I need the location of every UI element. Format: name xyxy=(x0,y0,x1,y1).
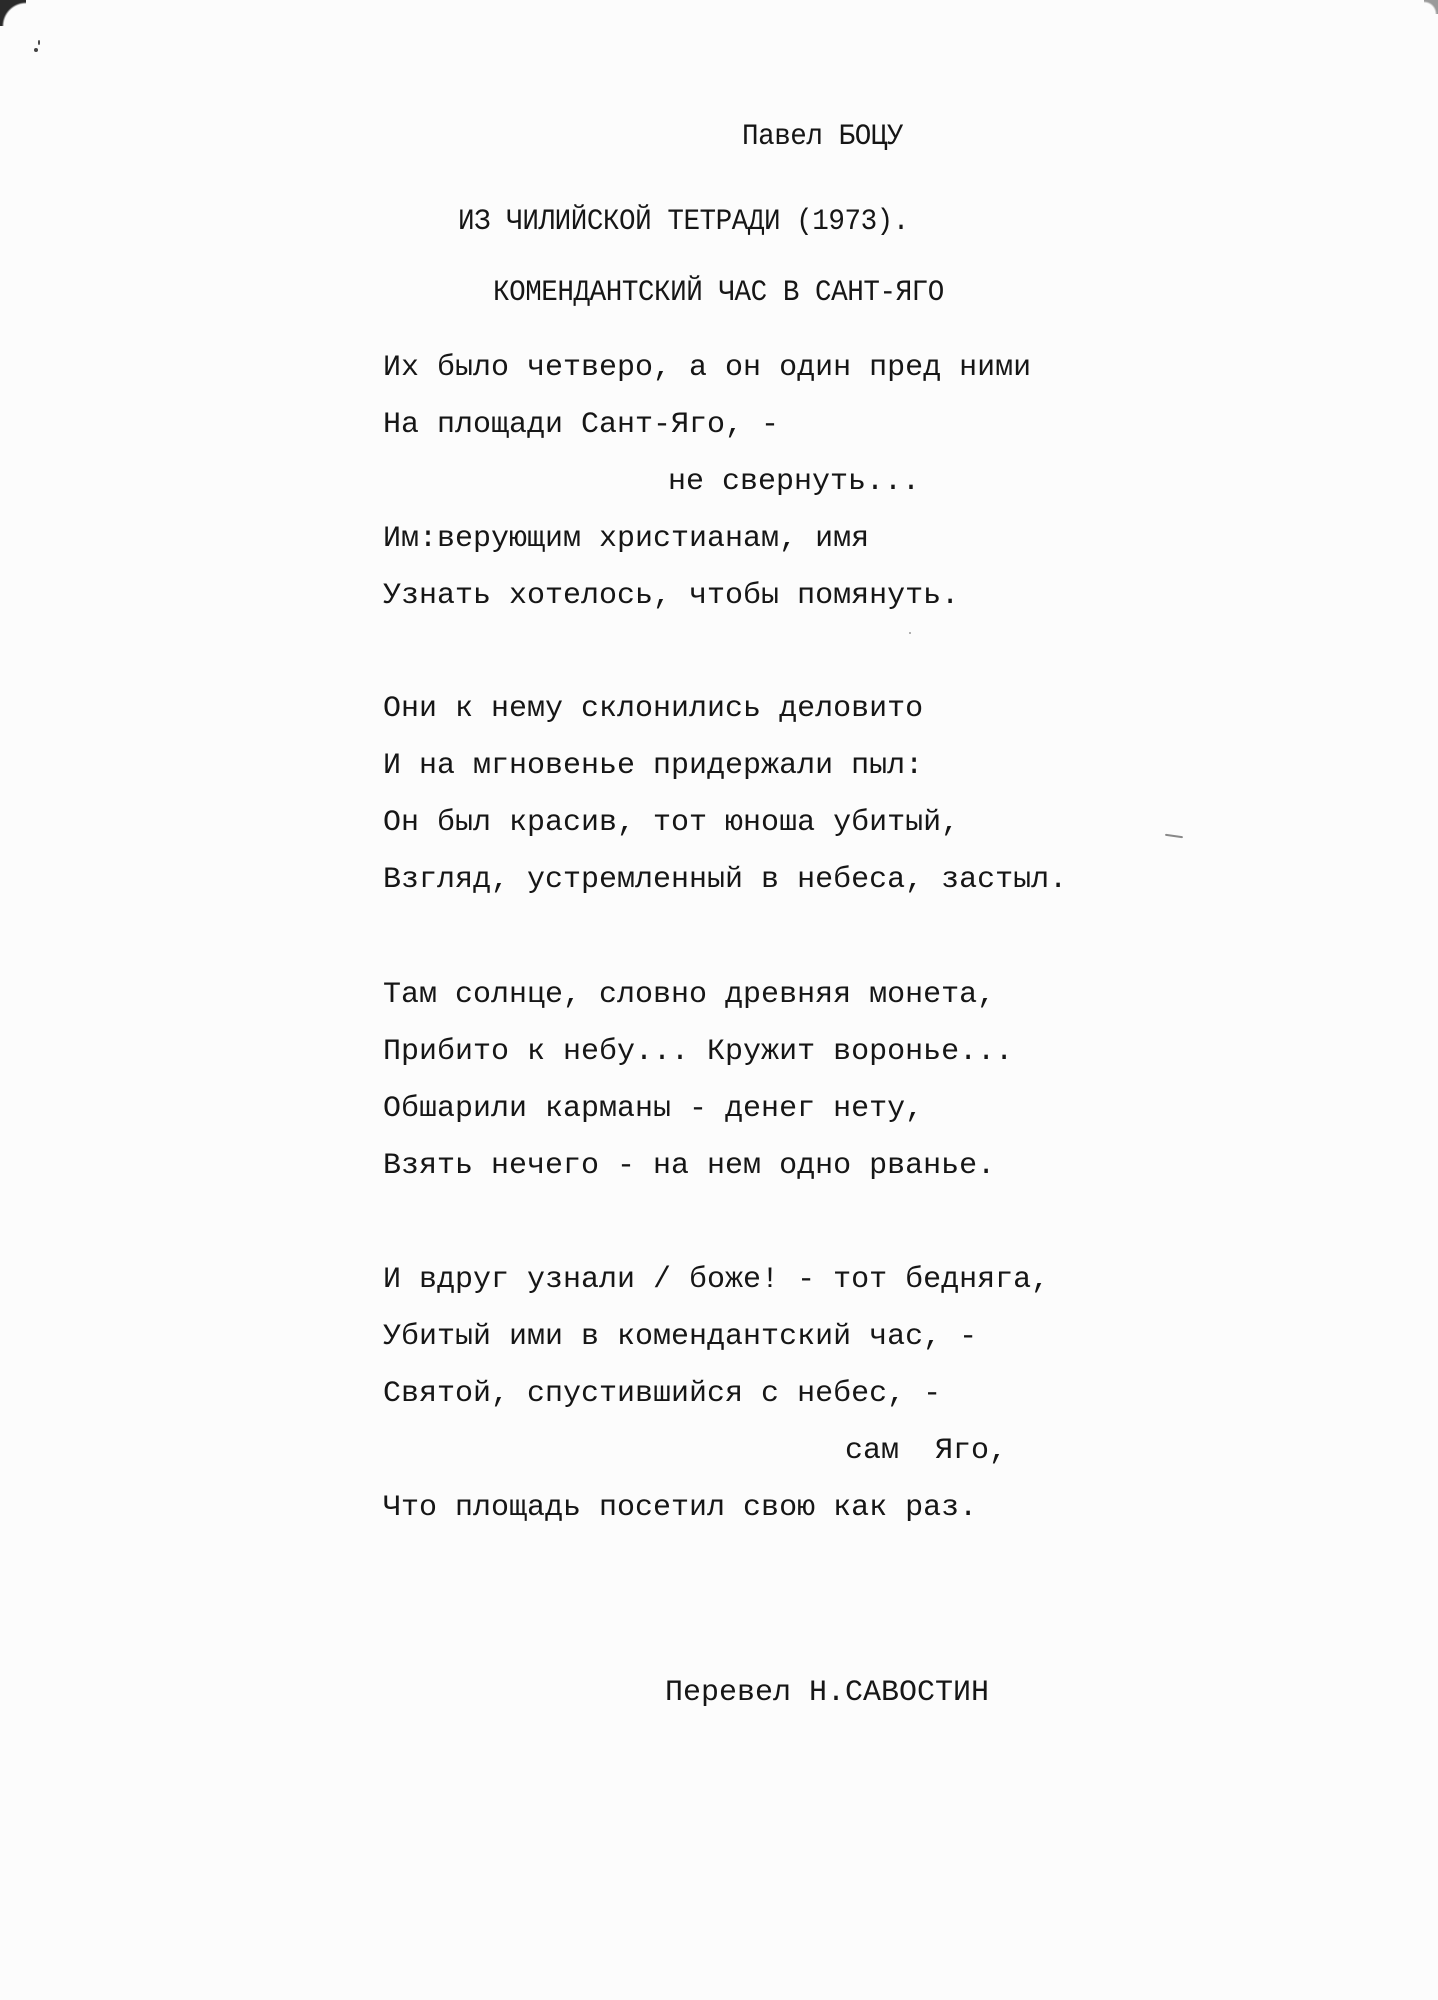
scan-corner-shadow xyxy=(0,0,26,26)
scan-speck xyxy=(909,632,911,634)
poem-line: И вдруг узнали / боже! - тот бедняга, xyxy=(383,1263,1049,1297)
poem-line: На площади Сант-Яго, - xyxy=(383,408,779,442)
poem-line: Их было четверо, а он один пред ними xyxy=(383,351,1031,385)
poem-title: КОМЕНДАНТСКИЙ ЧАС В САНТ-ЯГО xyxy=(493,276,944,310)
poem-line: Там солнце, словно древняя монета, xyxy=(383,978,995,1012)
collection-title: ИЗ ЧИЛИЙСКОЙ ТЕТРАДИ (1973). xyxy=(458,205,909,239)
poem-line: Обшарили карманы - денег нету, xyxy=(383,1092,923,1126)
poem-line: Им:верующим христианам, имя xyxy=(383,522,869,556)
poem-line: сам Яго, xyxy=(845,1434,1007,1468)
poem-line: Убитый ими в комендантский час, - xyxy=(383,1320,977,1354)
scan-speck xyxy=(38,40,40,45)
poem-line: Взгляд, устремленный в небеса, застыл. xyxy=(383,863,1067,897)
poem-line: Он был красив, тот юноша убитый, xyxy=(383,806,959,840)
scan-speck xyxy=(1165,834,1183,838)
poem-line: Что площадь посетил свою как раз. xyxy=(383,1491,977,1525)
poem-line: И на мгновенье придержали пыл: xyxy=(383,749,923,783)
poem-line: Прибито к небу... Кружит воронье... xyxy=(383,1035,1013,1069)
typewritten-page: Павел БОЦУ ИЗ ЧИЛИЙСКОЙ ТЕТРАДИ (1973). … xyxy=(0,0,1438,2000)
translator-credit: Перевел Н.САВОСТИН xyxy=(665,1676,989,1710)
poem-line: Взять нечего - на нем одно рванье. xyxy=(383,1149,995,1183)
author-name: Павел БОЦУ xyxy=(742,120,903,154)
poem-line: Святой, спустившийся с небес, - xyxy=(383,1377,941,1411)
scan-speck xyxy=(34,48,38,52)
scan-corner-shadow xyxy=(1424,0,1438,14)
poem-line: Узнать хотелось, чтобы помянуть. xyxy=(383,579,959,613)
poem-line: не свернуть... xyxy=(668,465,920,499)
poem-line: Они к нему склонились деловито xyxy=(383,692,923,726)
